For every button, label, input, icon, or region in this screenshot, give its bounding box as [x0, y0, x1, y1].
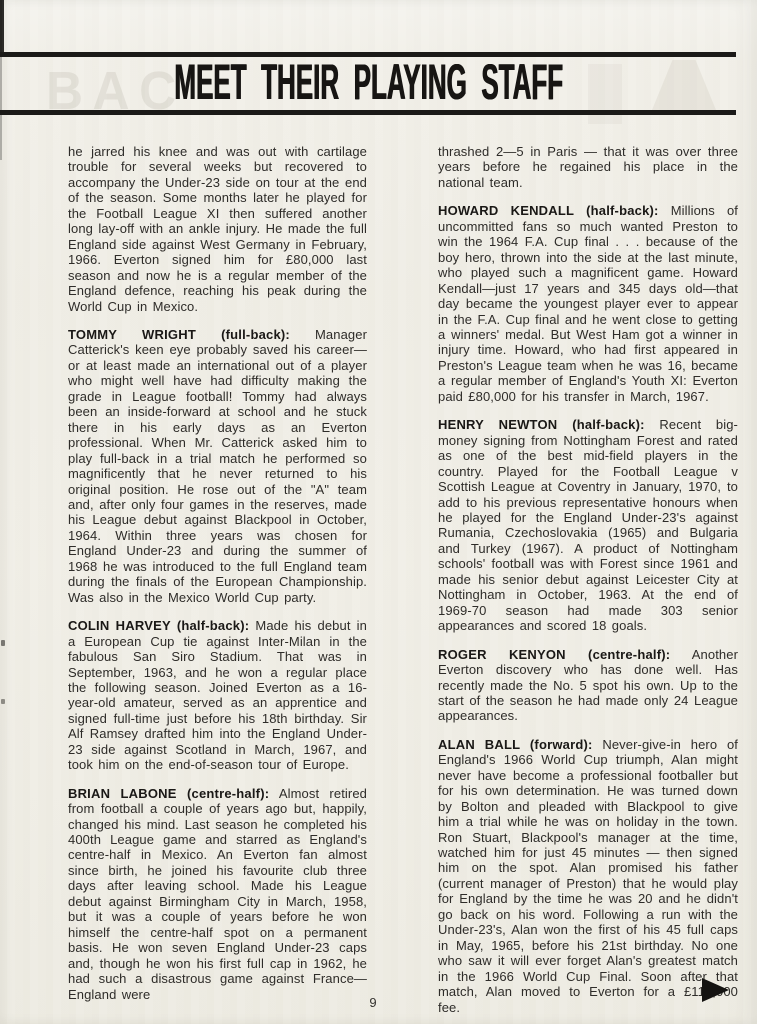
player-heading: COLIN HARVEY (half-back):	[68, 618, 249, 633]
continued-paragraph: thrashed 2—5 in Paris — that it was over…	[438, 144, 738, 190]
scan-speck	[1, 699, 5, 704]
continued-paragraph: he jarred his knee and was out with cart…	[68, 144, 367, 314]
masthead: MEET THEIR PLAYING STAFF	[0, 56, 737, 108]
player-paragraph-roger-kenyon: ROGER KENYON (centre-half): Another Ever…	[438, 647, 738, 724]
paragraph-text: Manager Catterick's keen eye probably sa…	[68, 327, 367, 605]
player-paragraph-howard-kendall: HOWARD KENDALL (half-back): Millions of …	[438, 203, 738, 404]
player-heading: HOWARD KENDALL (half-back):	[438, 203, 659, 218]
player-paragraph-alan-ball: ALAN BALL (forward): Never-give-in hero …	[438, 737, 738, 1015]
page-number: 9	[358, 995, 388, 1010]
player-paragraph-brian-labone: BRIAN LABONE (centre-half): Almost retir…	[68, 786, 367, 1002]
player-paragraph-tommy-wright: TOMMY WRIGHT (full-back): Manager Catter…	[68, 327, 367, 605]
column-left: he jarred his knee and was out with cart…	[68, 144, 367, 1002]
page-title: MEET THEIR PLAYING STAFF	[174, 57, 563, 107]
programme-page: BAC MEET THEIR PLAYING STAFF he jarred h…	[0, 0, 757, 1024]
paragraph-text: Millions of uncommitted fans so much wan…	[438, 203, 738, 403]
player-paragraph-colin-harvey: COLIN HARVEY (half-back): Made his debut…	[68, 618, 367, 773]
paragraph-text: Almost retired from football a couple of…	[68, 786, 367, 1002]
paragraph-text: Never-give-in hero of England's 1966 Wor…	[438, 737, 738, 1015]
player-heading: TOMMY WRIGHT (full-back):	[68, 327, 290, 342]
column-right: thrashed 2—5 in Paris — that it was over…	[438, 144, 738, 1015]
paragraph-text: Recent big-money signing from Nottingham…	[438, 417, 738, 633]
masthead-rule-bottom	[0, 110, 736, 115]
player-heading: HENRY NEWTON (half-back):	[438, 417, 645, 432]
player-heading: ROGER KENYON (centre-half):	[438, 647, 670, 662]
player-heading: BRIAN LABONE (centre-half):	[68, 786, 269, 801]
player-heading: ALAN BALL (forward):	[438, 737, 593, 752]
paragraph-text: Made his debut in a European Cup tie aga…	[68, 618, 367, 772]
paragraph-text: he jarred his knee and was out with cart…	[68, 144, 367, 314]
scan-speck	[1, 640, 5, 646]
paragraph-text: thrashed 2—5 in Paris — that it was over…	[438, 144, 738, 190]
player-paragraph-henry-newton: HENRY NEWTON (half-back): Recent big-mon…	[438, 417, 738, 633]
next-page-triangle-icon	[702, 978, 729, 1002]
